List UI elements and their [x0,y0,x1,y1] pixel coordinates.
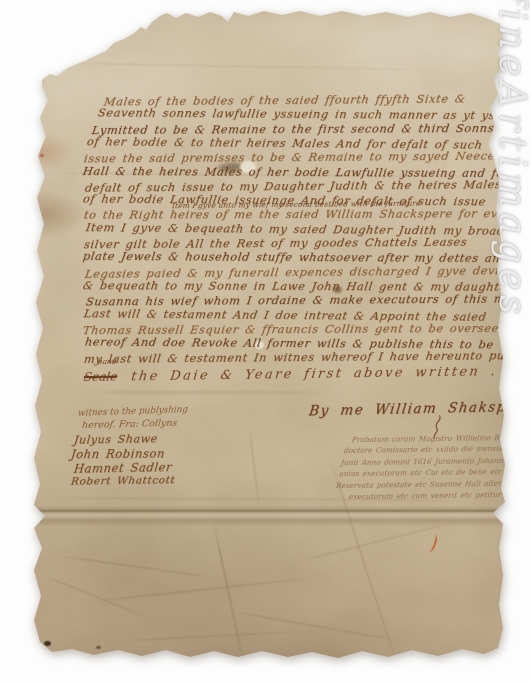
stain-red-speck [40,154,44,157]
parchment-sheet: Males of the bodies of the saied ffourth… [0,0,530,682]
stain-red-speck [34,147,39,151]
stain-dark-speck [96,646,101,649]
photo-backdrop: Males of the bodies of the saied ffourth… [0,0,530,682]
fold-crease [34,506,504,526]
witness-signature: Robert Whattcott [70,474,176,487]
stain-dark-speck [44,641,51,646]
witness-signature: John Robinson [70,447,166,462]
stain-red-speck [36,159,39,162]
closing-flourish-icon [506,363,530,378]
inserted-word: hand [97,357,117,366]
probate-line: Reservata potestate etc Susanne Hall alt… [335,478,504,489]
probate-line: Probatum coram Magistro Willielmo Byrde … [351,433,530,445]
witness-signature: Julyus Shawe [73,432,158,446]
parchment-shadow: Males of the bodies of the saied ffourth… [0,0,530,682]
struck-word: Seale [83,370,118,384]
crease-line [85,391,335,394]
